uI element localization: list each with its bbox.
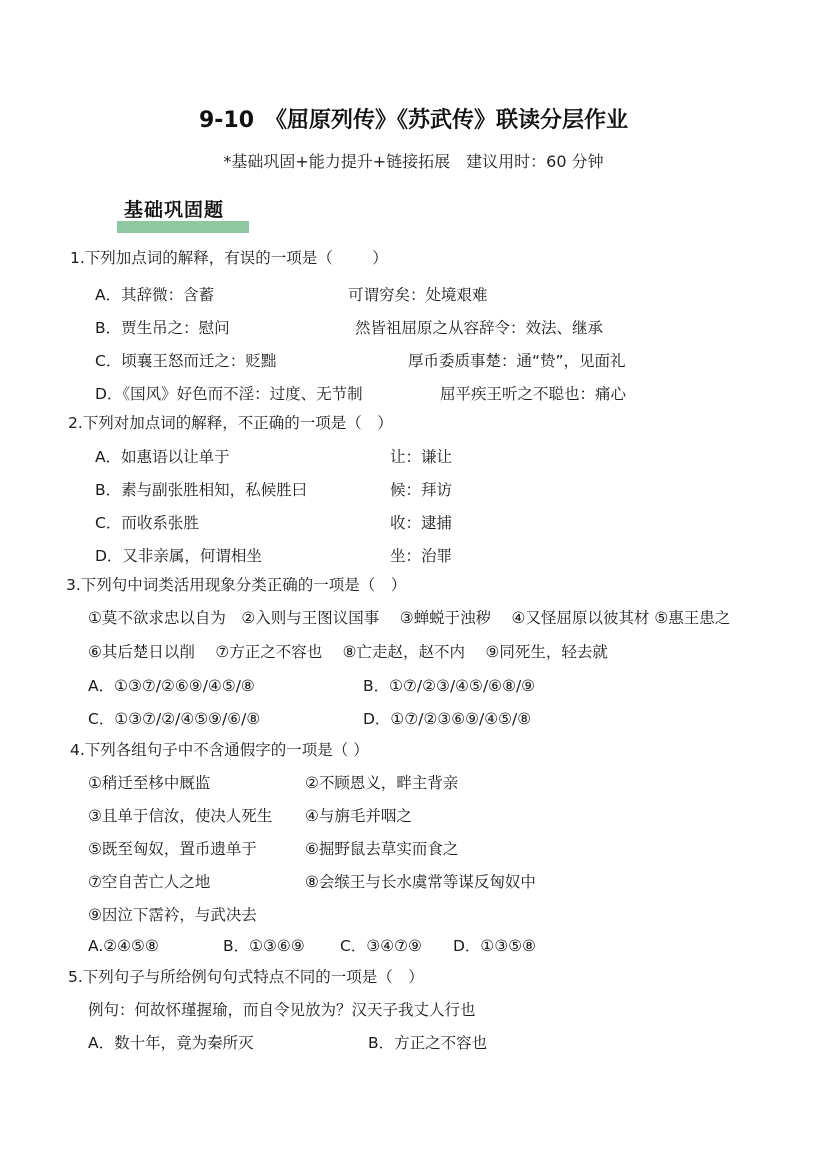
q4-answer-a: A.②④⑤⑧ bbox=[88, 936, 159, 956]
section-underline bbox=[117, 221, 249, 233]
question-1-stem: 1.下列加点词的解释，有误的一项是（ ） bbox=[70, 248, 388, 268]
q3-option-c: C．①③⑦/②/④⑤⑨/⑥/⑧ bbox=[88, 709, 260, 729]
q4-answer-d: D．①③⑤⑧ bbox=[453, 936, 536, 956]
q5-option-a: A．数十年，竟为秦所灭 bbox=[88, 1033, 254, 1053]
question-4-stem: 4.下列各组句子中不含通假字的一项是（ ） bbox=[70, 740, 369, 760]
q4-item-1: ①稍迁至栘中厩监 bbox=[88, 773, 210, 793]
q1-option-b-right: 然皆祖屈原之从容辞令：效法、继承 bbox=[355, 318, 603, 338]
q3-option-b: B．①⑦/②③/④⑤/⑥⑧/⑨ bbox=[363, 676, 535, 696]
q1-option-c-right: 厚币委质事楚：通“贽”，见面礼 bbox=[408, 351, 626, 371]
q4-item-7: ⑦空自苦亡人之地 bbox=[88, 872, 210, 892]
q2-option-a-right: 让：谦让 bbox=[390, 447, 452, 467]
q1-option-b-left: B．贾生吊之：慰问 bbox=[95, 318, 230, 338]
q2-option-b-left: B．素与副张胜相知，私候胜曰 bbox=[95, 480, 307, 500]
q4-item-6: ⑥掘野鼠去草实而食之 bbox=[305, 839, 458, 859]
q2-option-c-right: 收：逮捕 bbox=[390, 513, 452, 533]
q4-item-2: ②不顾恩义，畔主背亲 bbox=[305, 773, 458, 793]
section-header: 基础巩固题 bbox=[124, 195, 224, 222]
q2-option-a-left: A．如惠语以让单于 bbox=[95, 447, 230, 467]
q2-option-c-left: C．而收系张胜 bbox=[95, 513, 199, 533]
q4-item-4: ④与旃毛并咽之 bbox=[305, 806, 412, 826]
q1-option-d-right: 屈平疾王听之不聪也：痛心 bbox=[440, 384, 626, 404]
q2-option-b-right: 候：拜访 bbox=[390, 480, 452, 500]
worksheet-page: 9-10 《屈原列传》《苏武传》联读分层作业 *基础巩固+能力提升+链接拓展 建… bbox=[0, 0, 827, 1169]
q3-items-line1: ①莫不欲求忠以自为 ②入则与王图议国事 ③蝉蜕于浊秽 ④又怪屈原以彼其材 ⑤惠王… bbox=[88, 608, 730, 628]
page-title: 9-10 《屈原列传》《苏武传》联读分层作业 bbox=[0, 103, 827, 134]
q4-item-5: ⑤既至匈奴，置币遗单于 bbox=[88, 839, 257, 859]
q1-option-a-left: A．其辞微：含蓄 bbox=[95, 285, 214, 305]
q1-option-c-left: C．顷襄王怒而迁之：贬黜 bbox=[95, 351, 276, 371]
question-3-stem: 3.下列句中词类活用现象分类正确的一项是（ ） bbox=[66, 575, 406, 595]
q5-option-b: B．方正之不容也 bbox=[368, 1033, 487, 1053]
q2-option-d-left: D．又非亲属，何谓相坐 bbox=[95, 546, 262, 566]
q1-option-d-left: D．《国风》好色而不淫：过度、无节制 bbox=[95, 384, 363, 404]
q4-answer-b: B．①③⑥⑨ bbox=[223, 936, 305, 956]
question-2-stem: 2.下列对加点词的解释，不正确的一项是（ ） bbox=[68, 413, 393, 433]
page-subtitle: *基础巩固+能力提升+链接拓展 建议用时：60 分钟 bbox=[0, 149, 827, 172]
q3-option-d: D．①⑦/②③⑥⑨/④⑤/⑧ bbox=[363, 709, 531, 729]
q4-answer-c: C．③④⑦⑨ bbox=[340, 936, 422, 956]
q3-items-line2: ⑥其后楚日以削 ⑦方正之不容也 ⑧亡走赵，赵不内 ⑨同死生，轻去就 bbox=[88, 642, 608, 662]
q5-example: 例句：何故怀瑾握瑜，而自令见放为？汉天子我丈人行也 bbox=[88, 1000, 476, 1020]
q3-option-a: A．①③⑦/②⑥⑨/④⑤/⑧ bbox=[88, 676, 255, 696]
q4-item-9: ⑨因泣下霑衿，与武决去 bbox=[88, 905, 257, 925]
q2-option-d-right: 坐：治罪 bbox=[390, 546, 452, 566]
q1-option-a-right: 可谓穷矣：处境艰难 bbox=[348, 285, 488, 305]
question-5-stem: 5.下列句子与所给例句句式特点不同的一项是（ ） bbox=[68, 967, 424, 987]
q4-item-8: ⑧会缑王与长水虞常等谋反匈奴中 bbox=[305, 872, 536, 892]
q4-item-3: ③且单于信汝，使决人死生 bbox=[88, 806, 272, 826]
